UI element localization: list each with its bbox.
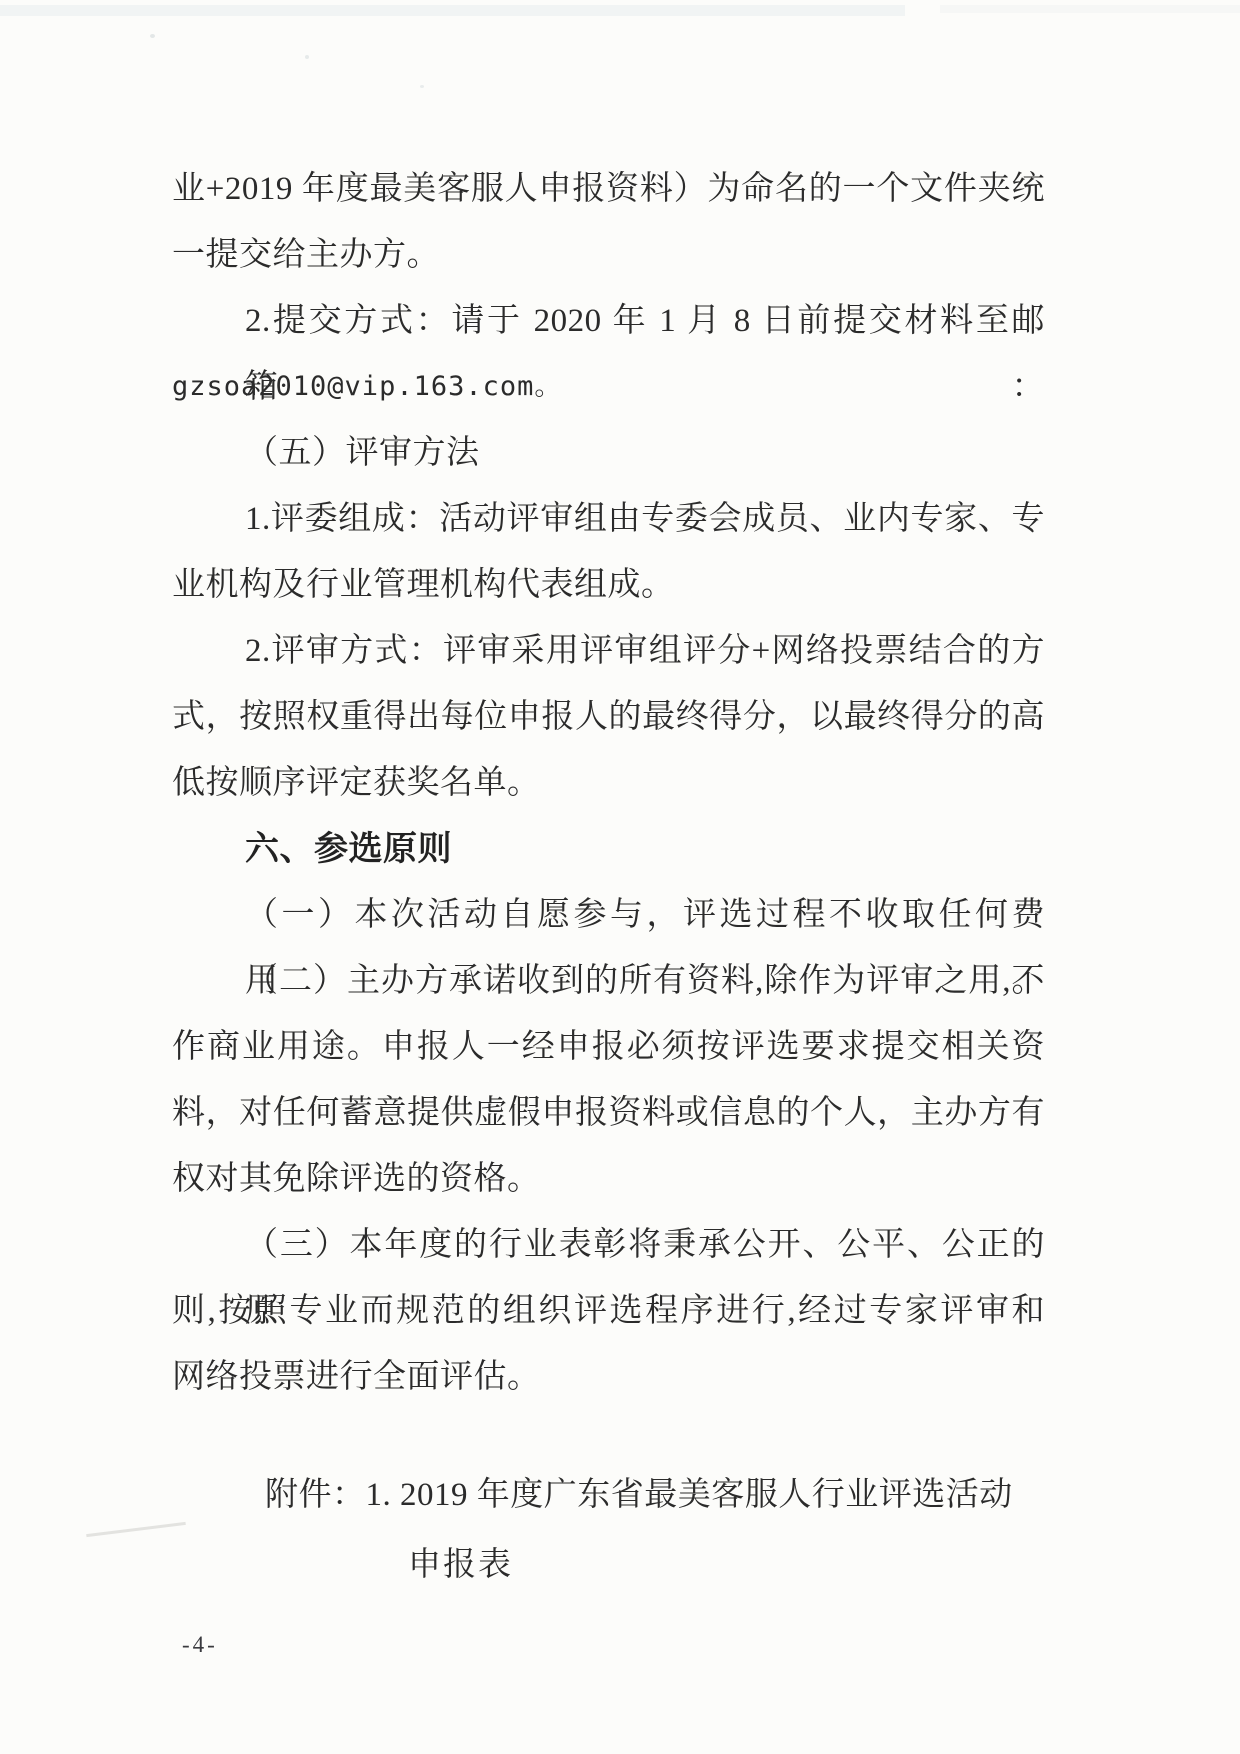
page-number: -4-: [182, 1632, 218, 1658]
doc-line: 2.提交方式：请于 2020 年 1 月 8 日前提交材料至邮箱：: [172, 288, 1045, 354]
doc-line: 低按顺序评定获奖名单。: [172, 750, 1045, 816]
scanned-document-page: 业+2019 年度最美客服人申报资料）为命名的一个文件夹统 一提交给主办方。 2…: [0, 0, 1240, 1754]
doc-line: 业+2019 年度最美客服人申报资料）为命名的一个文件夹统: [172, 156, 1045, 222]
doc-line: （一）本次活动自愿参与，评选过程不收取任何费用。: [172, 882, 1045, 948]
subsection-heading: （五）评审方法: [172, 420, 1045, 486]
attachment-line: 申报表: [172, 1530, 1045, 1600]
scan-speckle: [420, 85, 424, 88]
doc-line: 则,按照专业而规范的组织评选程序进行,经过专家评审和: [172, 1278, 1045, 1344]
attachment-line: 附件：1. 2019 年度广东省最美客服人行业评选活动: [172, 1460, 1045, 1530]
doc-line: 业机构及行业管理机构代表组成。: [172, 552, 1045, 618]
doc-line: 式，按照权重得出每位申报人的最终得分，以最终得分的高: [172, 684, 1045, 750]
doc-line: 料，对任何蓄意提供虚假申报资料或信息的个人，主办方有: [172, 1080, 1045, 1146]
scan-artifact-band: [940, 5, 1240, 13]
doc-line: （三）本年度的行业表彰将秉承公开、公平、公正的原: [172, 1212, 1045, 1278]
attachment-block: 附件：1. 2019 年度广东省最美客服人行业评选活动 申报表: [172, 1460, 1045, 1600]
doc-line: 权对其免除评选的资格。: [172, 1146, 1045, 1212]
scan-speckle: [150, 34, 155, 38]
scan-smudge: [86, 1522, 186, 1537]
doc-line: 一提交给主办方。: [172, 222, 1045, 288]
section-heading: 六、参选原则: [172, 816, 1045, 882]
doc-line: 作商业用途。申报人一经申报必须按评选要求提交相关资: [172, 1014, 1045, 1080]
doc-line: 2.评审方式：评审采用评审组评分+网络投票结合的方: [172, 618, 1045, 684]
scan-speckle: [305, 55, 309, 59]
document-body: 业+2019 年度最美客服人申报资料）为命名的一个文件夹统 一提交给主办方。 2…: [172, 156, 1045, 1410]
doc-line: 1.评委组成：活动评审组由专委会成员、业内专家、专: [172, 486, 1045, 552]
scan-artifact-band: [0, 5, 905, 16]
doc-line: （二）主办方承诺收到的所有资料,除作为评审之用,不: [172, 948, 1045, 1014]
doc-line: 网络投票进行全面评估。: [172, 1344, 1045, 1410]
